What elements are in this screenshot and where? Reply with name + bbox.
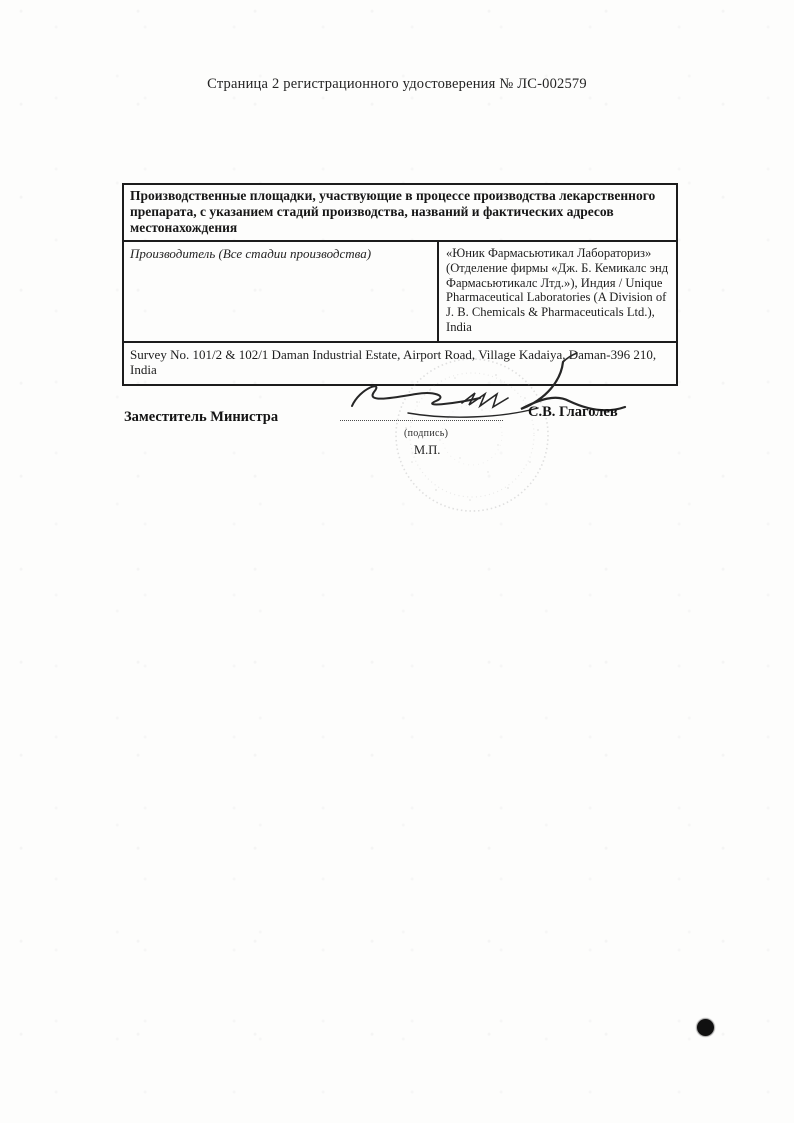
seal-placeholder-label: М.П. (414, 443, 440, 458)
signer-title: Заместитель Министра (124, 409, 278, 426)
manufacturer-role-cell: Производитель (Все стадии производства) (124, 242, 439, 341)
table-header-cell: Производственные площадки, участвующие в… (124, 185, 676, 242)
scanned-document-page: Страница 2 регистрационного удостоверени… (0, 0, 794, 1123)
signer-name: С.В. Глаголев (528, 404, 618, 421)
manufacturer-address-cell: Survey No. 101/2 & 102/1 Daman Industria… (124, 343, 676, 384)
manufacturer-name-cell: «Юник Фармасьютикал Лабораториз» (Отделе… (439, 242, 676, 341)
signature-caption: (подпись) (404, 428, 448, 439)
punch-hole-mark (697, 1019, 714, 1036)
signature-line (340, 411, 503, 421)
production-sites-table: Производственные площадки, участвующие в… (122, 183, 678, 386)
table-row: Производитель (Все стадии производства) … (124, 242, 676, 343)
page-header: Страница 2 регистрационного удостоверени… (0, 76, 794, 93)
